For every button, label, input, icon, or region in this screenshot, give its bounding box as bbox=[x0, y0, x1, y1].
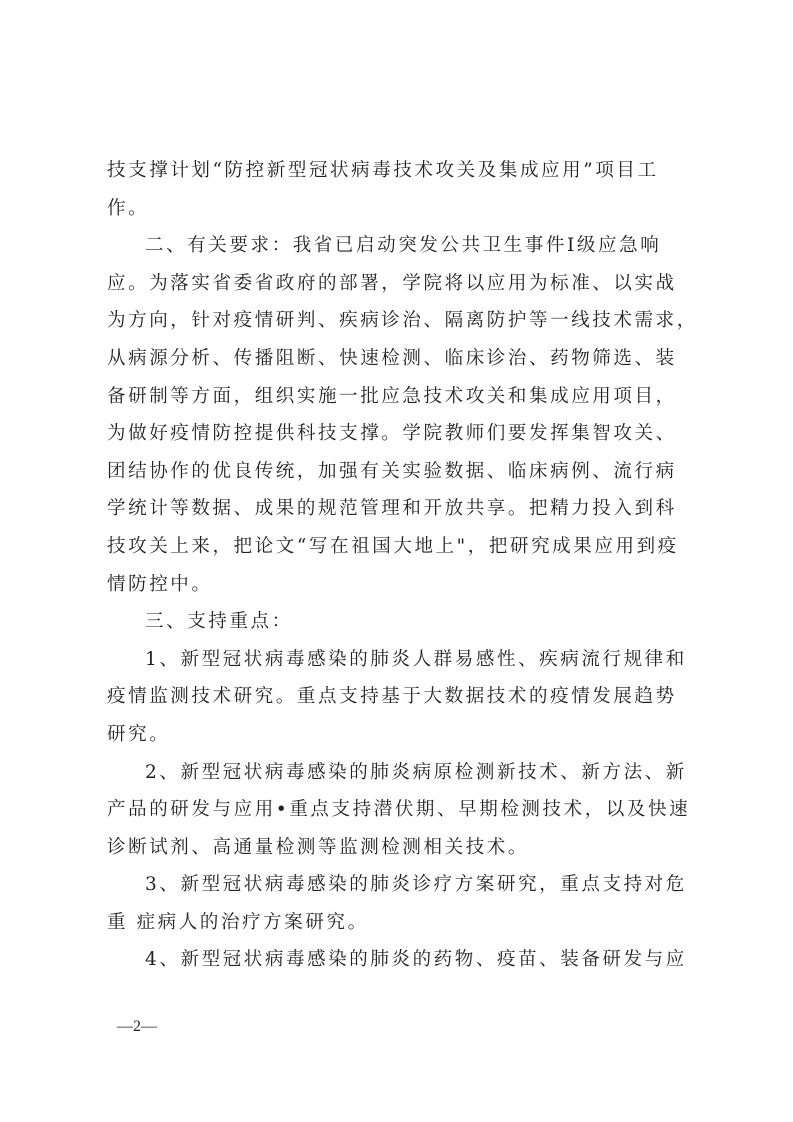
text-line: 学统计等数据、成果的规范管理和开放共享。把精力投入到科 bbox=[107, 490, 689, 528]
text-line: 技攻关上来，把论文“写在祖国大地上"，把研究成果应用到疫 bbox=[107, 528, 689, 566]
text-line: 为方向，针对疫情研判、疾病诊治、隔离防护等一线技术需求， bbox=[107, 302, 689, 340]
text-line: 技支撑计划“防控新型冠状病毒技术攻关及集成应用”项目工 bbox=[107, 152, 689, 190]
text-line: 作。 bbox=[107, 190, 689, 228]
text-line: 团结协作的优良传统，加强有关实验数据、临床病例、流行病 bbox=[107, 453, 689, 491]
text-line: 情防控中。 bbox=[107, 566, 689, 604]
page-number: —2— bbox=[117, 1018, 157, 1036]
text-line: 重 症病人的治疗方案研究。 bbox=[107, 904, 689, 942]
text-line: 研究。 bbox=[107, 716, 689, 754]
list-item-2: 2、新型冠状病毒感染的肺炎病原检测新技术、新方法、新 bbox=[107, 754, 689, 792]
text-line: 应。为落实省委省政府的部署，学院将以应用为标准、以实战 bbox=[107, 265, 689, 303]
text-line: 诊断试剂、高通量检测等监测检测相关技术。 bbox=[107, 829, 689, 867]
section-heading-requirements: 二、有关要求：我省已启动突发公共卫生事件Ⅰ级应急响 bbox=[107, 227, 689, 265]
document-body: 技支撑计划“防控新型冠状病毒技术攻关及集成应用”项目工 作。 二、有关要求：我省… bbox=[107, 152, 689, 979]
text-line: 产品的研发与应用•重点支持潜伏期、早期检测技术，以及快速 bbox=[107, 791, 689, 829]
list-item-3: 3、新型冠状病毒感染的肺炎诊疗方案研究，重点支持对危 bbox=[107, 866, 689, 904]
text-line: 为做好疫情防控提供科技支撑。学院教师们要发挥集智攻关、 bbox=[107, 415, 689, 453]
text-line: 从病源分析、传播阻断、快速检测、临床诊治、药物筛选、装 bbox=[107, 340, 689, 378]
section-heading-support-focus: 三、支持重点： bbox=[107, 603, 689, 641]
list-item-4: 4、新型冠状病毒感染的肺炎的药物、疫苗、装备研发与应 bbox=[107, 941, 689, 979]
text-line: 疫情监测技术研究。重点支持基于大数据技术的疫情发展趋势 bbox=[107, 678, 689, 716]
text-line: 备研制等方面，组织实施一批应急技术攻关和集成应用项目， bbox=[107, 378, 689, 416]
list-item-1: 1、新型冠状病毒感染的肺炎人群易感性、疾病流行规律和 bbox=[107, 641, 689, 679]
document-page: 技支撑计划“防控新型冠状病毒技术攻关及集成应用”项目工 作。 二、有关要求：我省… bbox=[0, 0, 793, 1122]
